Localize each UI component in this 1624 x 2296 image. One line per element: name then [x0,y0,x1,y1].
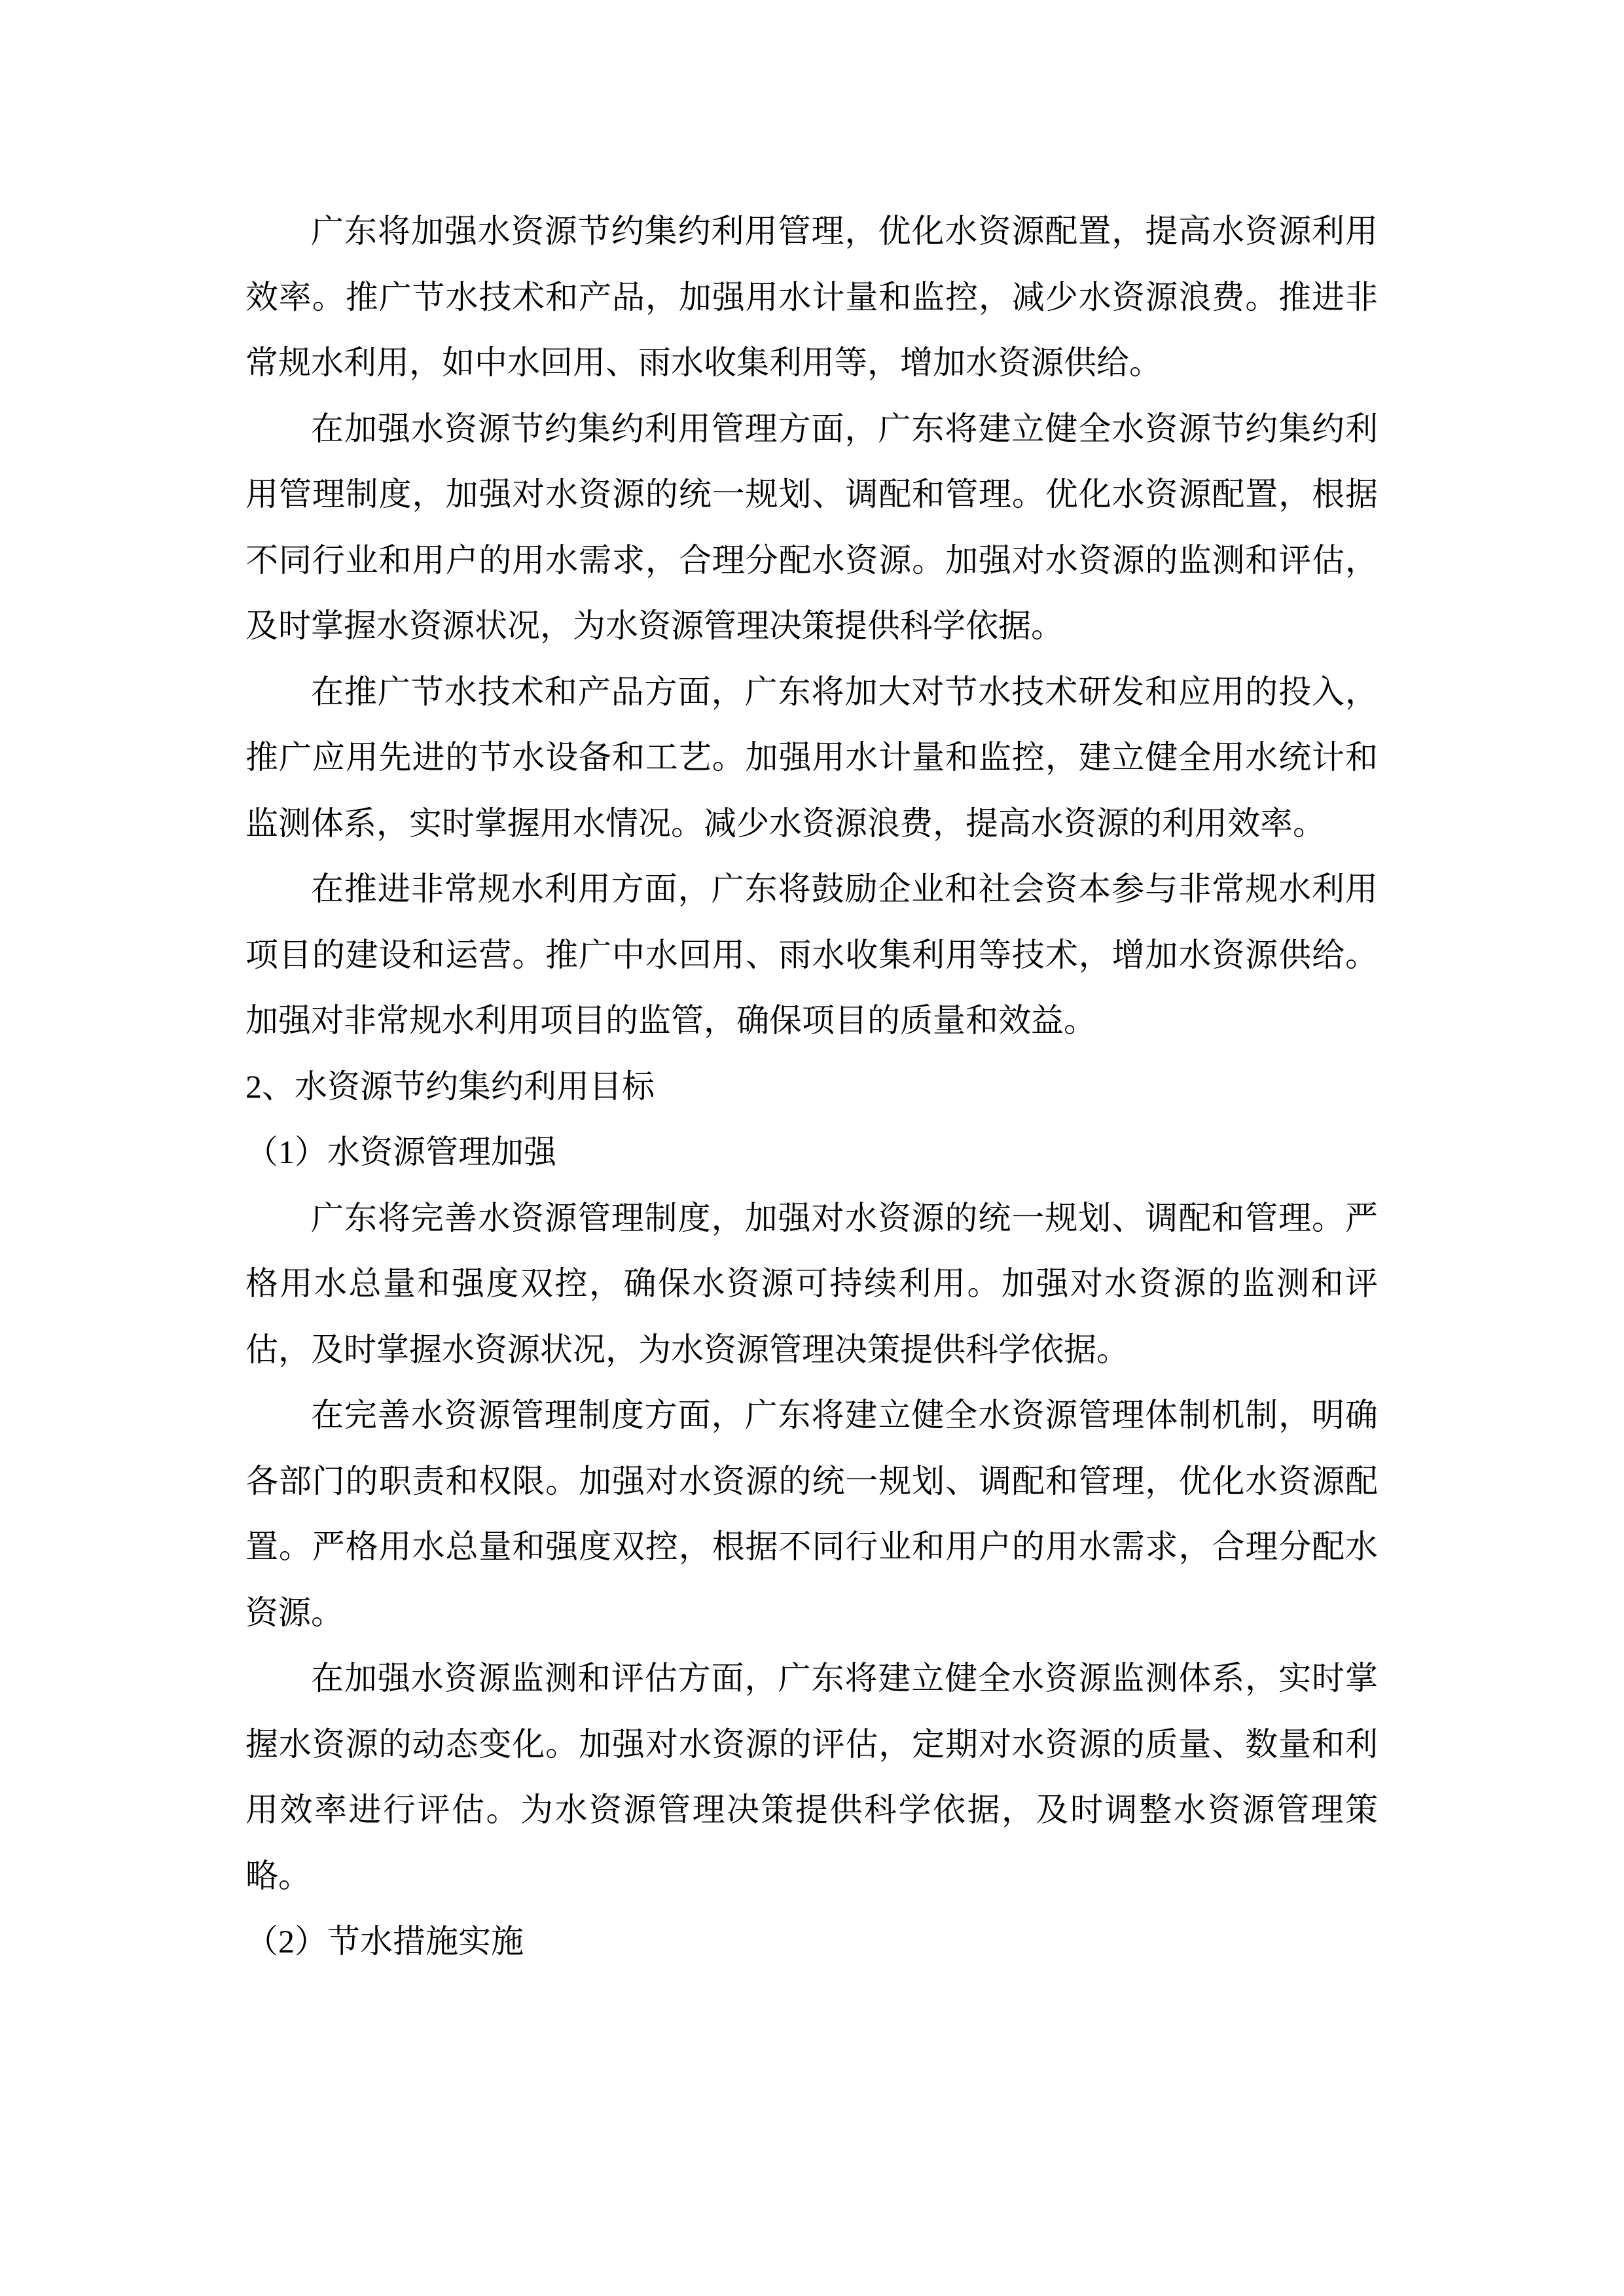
paragraph-line: 常规水利用，如中水回用、雨水收集利用等，增加水资源供给。 [245,330,1378,396]
heading-line: （1）水资源管理加强 [245,1119,1378,1185]
paragraph: 在加强水资源监测和评估方面，广东将建立健全水资源监测体系，实时掌握水资源的动态变… [245,1645,1378,1909]
paragraph-line: 用管理制度，加强对水资源的统一规划、调配和管理。优化水资源配置，根据 [245,461,1378,528]
paragraph-line: 广东将加强水资源节约集约利用管理，优化水资源配置，提高水资源利用 [245,198,1378,264]
paragraph: 在加强水资源节约集约利用管理方面，广东将建立健全水资源节约集约利用管理制度，加强… [245,396,1378,659]
heading-line: 2、水资源节约集约利用目标 [245,1054,1378,1120]
paragraph-line: 不同行业和用户的用水需求，合理分配水资源。加强对水资源的监测和评估， [245,528,1378,594]
paragraph: 在完善水资源管理制度方面，广东将建立健全水资源管理体制机制，明确各部门的职责和权… [245,1382,1378,1645]
paragraph-line: 在推广节水技术和产品方面，广东将加大对节水技术研发和应用的投入， [245,659,1378,725]
paragraph-line: 在加强水资源节约集约利用管理方面，广东将建立健全水资源节约集约利 [245,396,1378,462]
paragraph-line: 及时掌握水资源状况，为水资源管理决策提供科学依据。 [245,593,1378,659]
heading: （2）节水措施实施 [245,1909,1378,1975]
paragraph-line: 效率。推广节水技术和产品，加强用水计量和监控，减少水资源浪费。推进非 [245,264,1378,331]
paragraph-line: 广东将完善水资源管理制度，加强对水资源的统一规划、调配和管理。严 [245,1185,1378,1251]
paragraph: 在推进非常规水利用方面，广东将鼓励企业和社会资本参与非常规水利用项目的建设和运营… [245,856,1378,1054]
paragraph-line: 在推进非常规水利用方面，广东将鼓励企业和社会资本参与非常规水利用 [245,856,1378,922]
paragraph-line: 握水资源的动态变化。加强对水资源的评估，定期对水资源的质量、数量和利 [245,1712,1378,1778]
paragraph: 在推广节水技术和产品方面，广东将加大对节水技术研发和应用的投入，推广应用先进的节… [245,659,1378,857]
paragraph-line: 略。 [245,1843,1378,1909]
heading-line: （2）节水措施实施 [245,1909,1378,1975]
document-page: 广东将加强水资源节约集约利用管理，优化水资源配置，提高水资源利用效率。推广节水技… [0,0,1624,2296]
paragraph-line: 推广应用先进的节水设备和工艺。加强用水计量和监控，建立健全用水统计和 [245,725,1378,791]
paragraph-line: 监测体系，实时掌握用水情况。减少水资源浪费，提高水资源的利用效率。 [245,791,1378,857]
paragraph-line: 用效率进行评估。为水资源管理决策提供科学依据，及时调整水资源管理策 [245,1777,1378,1843]
paragraph-line: 各部门的职责和权限。加强对水资源的统一规划、调配和管理，优化水资源配 [245,1448,1378,1515]
paragraph: 广东将加强水资源节约集约利用管理，优化水资源配置，提高水资源利用效率。推广节水技… [245,198,1378,396]
document-body: 广东将加强水资源节约集约利用管理，优化水资源配置，提高水资源利用效率。推广节水技… [245,198,1378,1975]
paragraph-line: 在加强水资源监测和评估方面，广东将建立健全水资源监测体系，实时掌 [245,1645,1378,1712]
paragraph-line: 在完善水资源管理制度方面，广东将建立健全水资源管理体制机制，明确 [245,1382,1378,1448]
paragraph-line: 项目的建设和运营。推广中水回用、雨水收集利用等技术，增加水资源供给。 [245,922,1378,988]
paragraph-line: 估，及时掌握水资源状况，为水资源管理决策提供科学依据。 [245,1317,1378,1383]
heading: （1）水资源管理加强 [245,1119,1378,1185]
paragraph-line: 资源。 [245,1580,1378,1646]
paragraph: 广东将完善水资源管理制度，加强对水资源的统一规划、调配和管理。严格用水总量和强度… [245,1185,1378,1383]
paragraph-line: 加强对非常规水利用项目的监管，确保项目的质量和效益。 [245,988,1378,1054]
paragraph-line: 格用水总量和强度双控，确保水资源可持续利用。加强对水资源的监测和评 [245,1251,1378,1317]
heading: 2、水资源节约集约利用目标 [245,1054,1378,1120]
paragraph-line: 置。严格用水总量和强度双控，根据不同行业和用户的用水需求，合理分配水 [245,1514,1378,1580]
